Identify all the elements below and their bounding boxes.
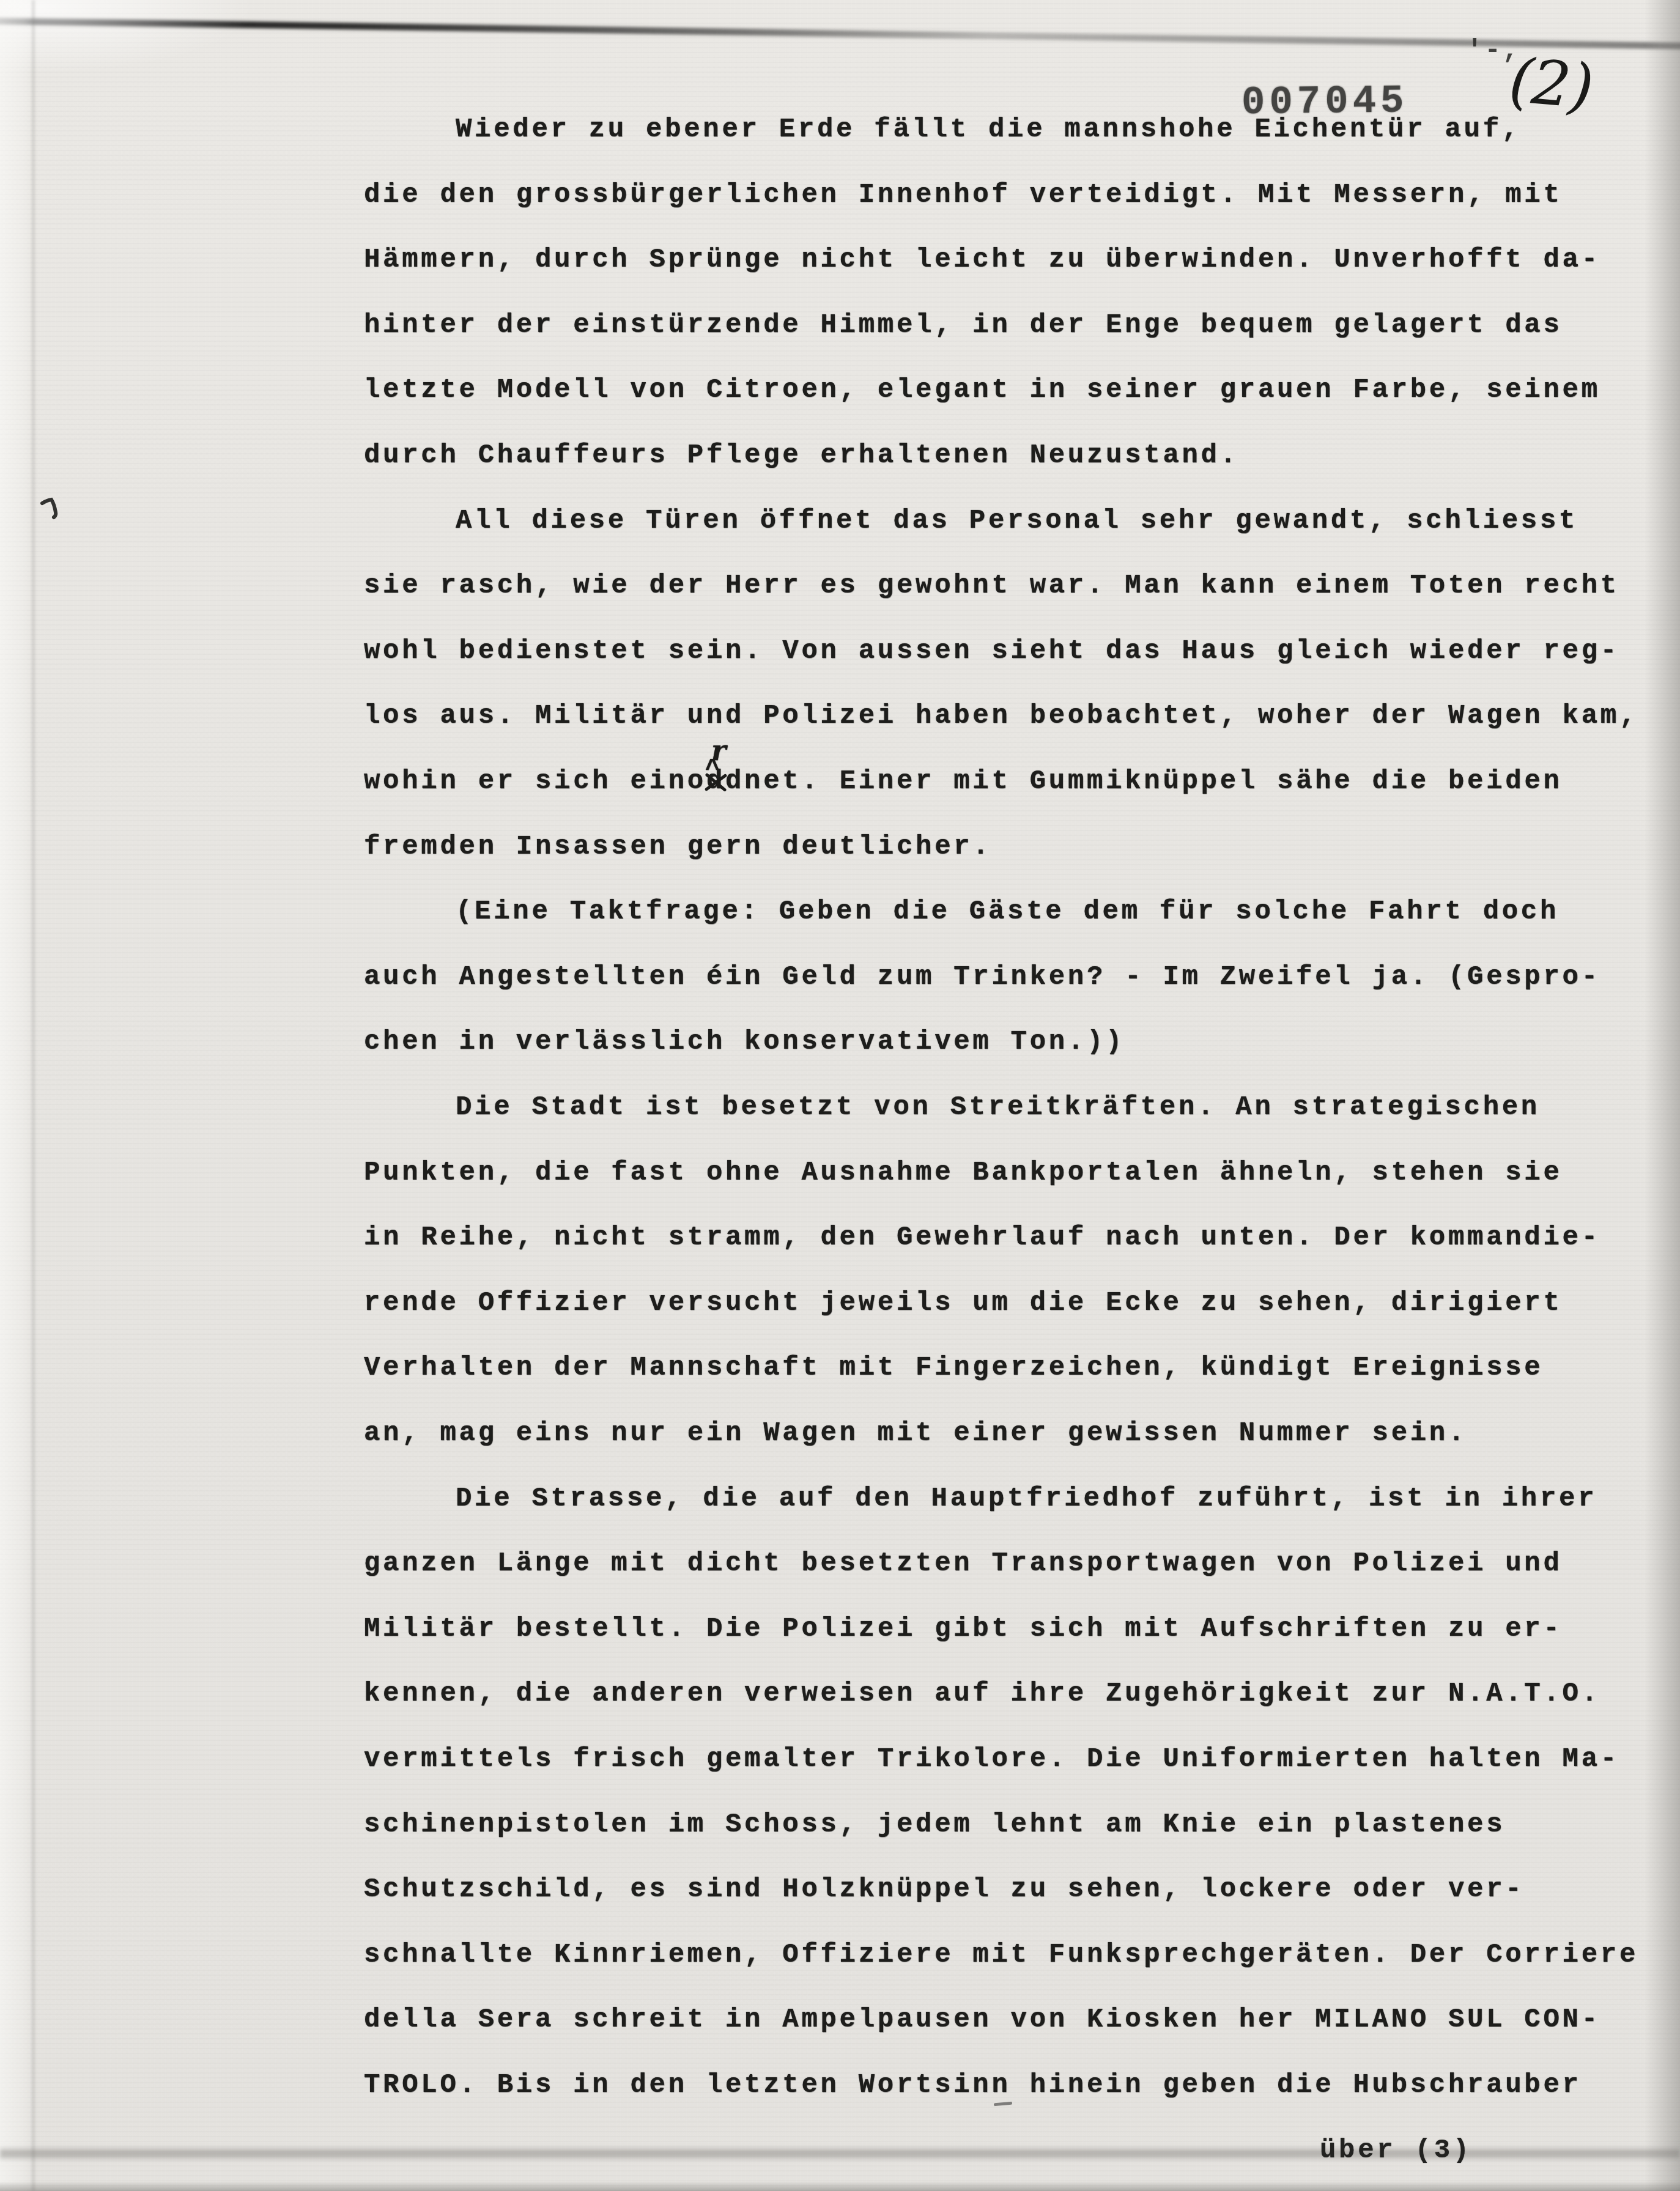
scan-left-edge-line xyxy=(32,0,35,2191)
typescript-line: Die Stadt ist besetzt von Streitkräften.… xyxy=(456,1094,1540,1121)
typescript-line: rende Offizier versucht jeweils um die E… xyxy=(364,1290,1563,1317)
typescript-line: Schutzschild, es sind Holzknüppel zu seh… xyxy=(364,1876,1524,1903)
typescript-line: Verhalten der Mannschaft mit Fingerzeich… xyxy=(364,1354,1543,1381)
typescript-line: auch Angestellten éin Geld zum Trinken? … xyxy=(364,964,1600,991)
typescript-line: los aus. Militär und Polizei haben beoba… xyxy=(364,703,1638,730)
typescript-line: kennen, die anderen verweisen auf ihre Z… xyxy=(364,1680,1600,1707)
struck-character: d^r xyxy=(706,768,725,795)
handwritten-insertion: r xyxy=(711,736,726,764)
continuation-note: über (3) xyxy=(1320,2135,1472,2166)
typescript-line: vermittels frisch gemalter Trikolore. Di… xyxy=(364,1746,1619,1773)
typescript-line: wohl bedienstet sein. Von aussen sieht d… xyxy=(364,638,1619,665)
typescript-line: Punkten, die fast ohne Ausnahme Bankport… xyxy=(364,1159,1563,1186)
margin-ink-mark xyxy=(40,495,62,522)
typescript-line: (Eine Taktfrage: Geben die Gäste dem für… xyxy=(456,898,1559,925)
scan-corner-highlight xyxy=(0,0,257,73)
typescript-line: fremden Insassen gern deutlicher. xyxy=(364,833,991,860)
typescript-line: Militär bestellt. Die Polizei gibt sich … xyxy=(364,1616,1563,1642)
typescript-line: durch Chauffeurs Pflege erhaltenen Neuzu… xyxy=(364,442,1239,469)
typescript-line: Hämmern, durch Sprünge nicht leicht zu ü… xyxy=(364,246,1600,273)
typescript-line: schinenpistolen im Schoss, jedem lehnt a… xyxy=(364,1811,1505,1838)
typescript-line: TROLO. Bis in den letzten Wortsinn hinei… xyxy=(364,2072,1582,2099)
typescript-line: schnallte Kinnriemen, Offiziere mit Funk… xyxy=(364,1942,1638,1968)
line-text: wohin er sich eino xyxy=(364,766,706,797)
typescript-line: in Reihe, nicht stramm, den Gewehrlauf n… xyxy=(364,1224,1600,1251)
typescript-line: sie rasch, wie der Herr es gewohnt war. … xyxy=(364,572,1619,599)
handwritten-page-number: (2) xyxy=(1506,44,1595,122)
typescript-line: Wieder zu ebener Erde fällt die mannshoh… xyxy=(456,116,1521,143)
typescript-line: hinter der einstürzende Himmel, in der E… xyxy=(364,312,1563,339)
line-text: dnet. Einer mit Gummiknüppel sähe die be… xyxy=(725,766,1563,797)
typescript-line: die den grossbürgerlichen Innenhof verte… xyxy=(364,182,1563,209)
scan-left-edge-band xyxy=(0,0,34,2191)
typescript-line: chen in verlässlich konservativem Ton.)) xyxy=(364,1029,1125,1055)
typescript-line: Die Strasse, die auf den Hauptfriedhof z… xyxy=(456,1485,1597,1512)
typescript-line: wohin er sich einod^rdnet. Einer mit Gum… xyxy=(364,768,1563,795)
typescript-line: ganzen Länge mit dicht besetzten Transpo… xyxy=(364,1550,1563,1577)
scan-bottom-edge-shadow xyxy=(0,2181,1680,2191)
scanned-typescript-page: '-, 007045 (2) Wieder zu ebener Erde fäl… xyxy=(0,0,1680,2191)
scan-right-edge-band xyxy=(1645,0,1680,2191)
typescript-line: della Sera schreit in Ampelpausen von Ki… xyxy=(364,2006,1600,2033)
typescript-line: an, mag eins nur ein Wagen mit einer gew… xyxy=(364,1420,1467,1447)
stray-underline-mark xyxy=(994,2102,1012,2107)
typescript-line: All diese Türen öffnet das Personal sehr… xyxy=(456,508,1578,534)
typescript-line: letzte Modell von Citroen, elegant in se… xyxy=(364,377,1600,404)
